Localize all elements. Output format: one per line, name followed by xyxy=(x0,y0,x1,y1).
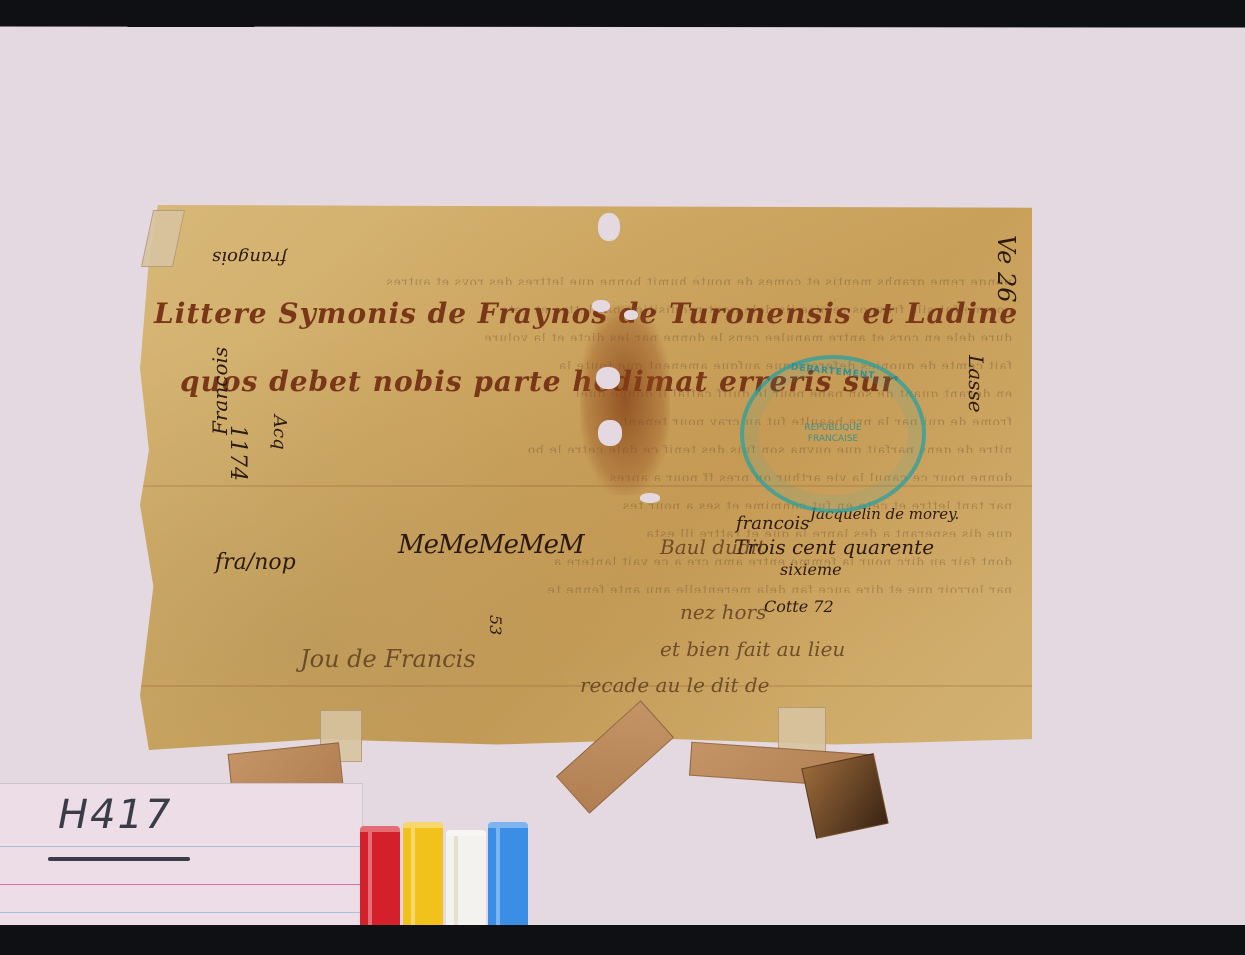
archive-stamp: DEPARTEMENT REPUBLIQUE FRANCAISE xyxy=(740,355,926,513)
card-rule-blue xyxy=(0,912,362,913)
lower-left-phrase: Jou de Francis xyxy=(300,645,476,673)
faded-line: nez hors xyxy=(680,600,766,624)
right-margin-note: Lasse xyxy=(964,355,988,413)
card-rule-pink xyxy=(0,884,362,885)
annotation-francois: francois xyxy=(736,513,810,534)
show-through-text: ponge reme graphs mentis et comes de pou… xyxy=(160,275,1012,285)
right-margin-note: Ve 26 xyxy=(992,235,1020,303)
repair-patch xyxy=(778,707,826,754)
margin-note-vertical: Acq xyxy=(269,415,290,450)
parchment-hole xyxy=(596,367,620,389)
faded-line: et bien fait au lieu xyxy=(660,637,845,661)
faded-line: recade au le dit de xyxy=(580,673,770,697)
color-bar-yellow xyxy=(403,822,443,925)
annotation-sixieme: sixieme xyxy=(780,560,842,579)
shelfmark-card: H417 xyxy=(0,783,363,926)
water-stain xyxy=(580,305,670,495)
stamp-inner-line: REPUBLIQUE xyxy=(804,423,861,434)
color-bar-blue xyxy=(488,822,528,925)
card-rule-blue xyxy=(0,846,362,847)
parchment-hole xyxy=(592,300,610,312)
rubric-line-1: Littere Symonis de Fraynos de Turonensis… xyxy=(154,297,1018,330)
shelfmark-label: H417 xyxy=(58,792,172,838)
show-through-text: par lorroir que et dire auce fan dela me… xyxy=(160,583,1012,593)
parchment-hole xyxy=(640,493,660,503)
margin-note-vertical: Francois xyxy=(208,347,232,435)
parchment-hole xyxy=(598,420,622,446)
frame-bottom xyxy=(0,925,1245,955)
parchment-hole xyxy=(624,310,638,320)
seal-tag-dark xyxy=(801,753,888,839)
lower-name-left: fra/nop xyxy=(215,550,296,575)
parchment-hole xyxy=(598,213,620,241)
signature-scribble: MeMeMeMeM xyxy=(398,530,584,560)
faded-line: Baul dudit xyxy=(660,535,765,559)
margin-note-vertical: 1174 xyxy=(225,425,250,481)
stamp-inner-text: REPUBLIQUE FRANCAISE xyxy=(804,423,861,445)
top-left-note: frangois xyxy=(212,247,287,268)
color-bar-white xyxy=(446,830,486,933)
stamp-outer-text: DEPARTEMENT xyxy=(790,363,876,382)
margin-number: 53 xyxy=(486,615,505,635)
annotation-cotte: Cotte 72 xyxy=(764,597,834,616)
color-bar-red xyxy=(360,826,400,929)
stamp-inner-line: FRANCAISE xyxy=(804,434,861,445)
color-reference-bars xyxy=(360,822,530,925)
shelfmark-underline xyxy=(48,857,190,861)
